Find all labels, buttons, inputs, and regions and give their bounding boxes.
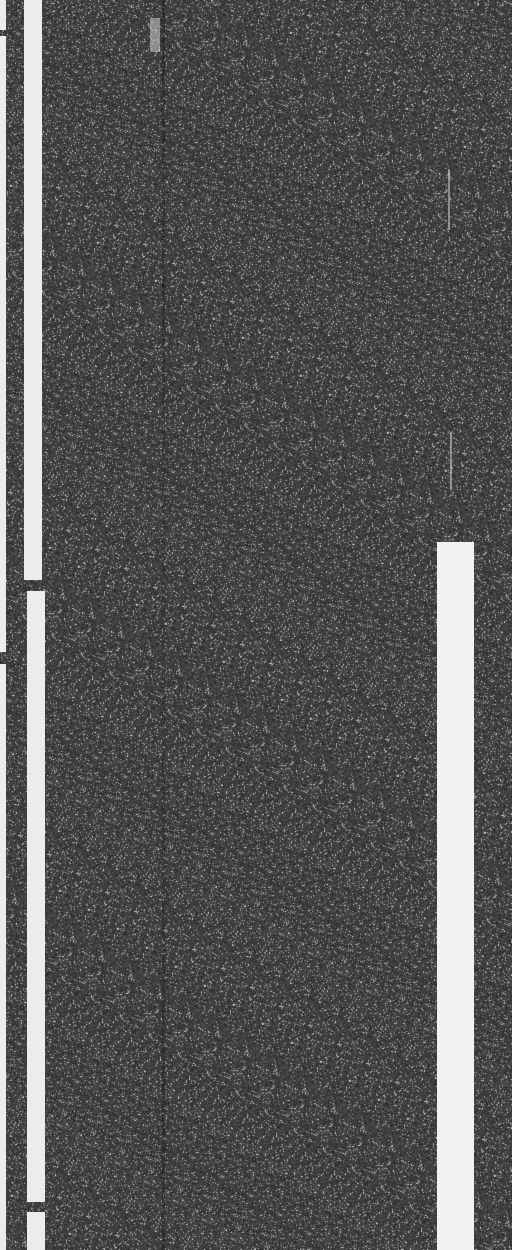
surface-crack — [448, 170, 450, 230]
left-lane-line-segment — [27, 591, 45, 1202]
pavement-seam — [162, 0, 165, 1250]
left-lane-line-segment — [24, 0, 42, 580]
right-lane-marking — [437, 542, 474, 1250]
surface-scuff — [150, 18, 160, 52]
left-edge-line-segment — [0, 664, 6, 1250]
left-lane-line-segment — [27, 1212, 45, 1250]
left-edge-line-segment — [0, 36, 6, 652]
road-surface-photo — [0, 0, 512, 1250]
surface-crack — [450, 432, 452, 490]
asphalt-texture — [0, 0, 512, 1250]
left-edge-line-segment — [0, 0, 6, 30]
